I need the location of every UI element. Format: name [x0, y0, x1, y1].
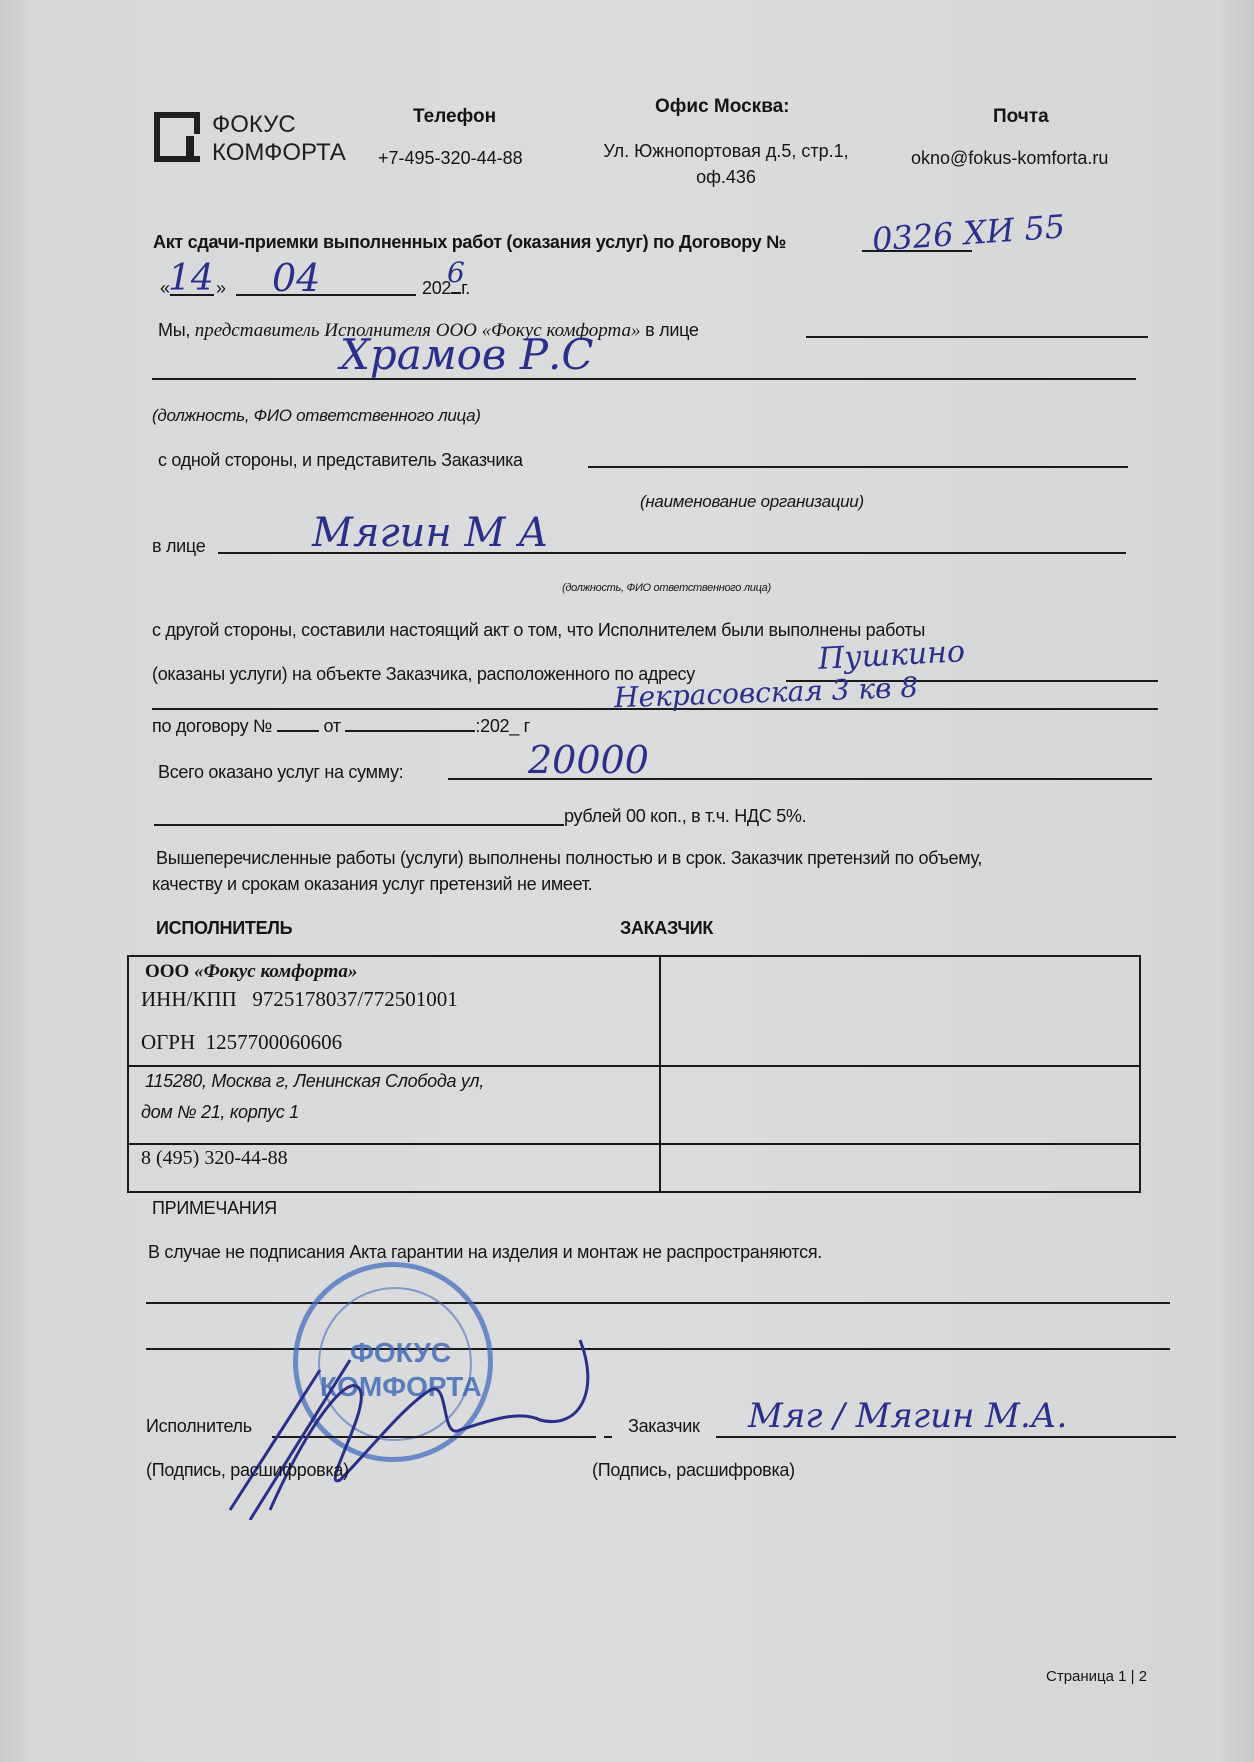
ogrn-value: 1257700060606 [206, 1030, 343, 1054]
table-row: ООО «Фокус комфорта» ИНН/КПП 9725178037/… [128, 956, 1140, 1066]
customer-in-person-label: в лице [152, 536, 205, 557]
sum-words-line [154, 824, 564, 826]
rubles-suffix: рублей 00 коп., в т.ч. НДС 5%. [564, 806, 806, 827]
executor-org-cell: ООО «Фокус комфорта» ИНН/КПП 9725178037/… [128, 956, 660, 1066]
contract-year: :202_ г [475, 716, 530, 736]
notes-text: В случае не подписания Акта гарантии на … [148, 1242, 822, 1263]
executor-phone: 8 (495) 320-44-88 [141, 1147, 659, 1170]
ogrn-row: ОГРН 1257700060606 [141, 1030, 659, 1055]
statement-line1: Вышеперечисленные работы (услуги) выполн… [156, 848, 982, 869]
body-line1: с другой стороны, составили настоящий ак… [152, 620, 925, 641]
contract-line: по договору № от :202_ г [152, 716, 530, 737]
inn-value: 9725178037/772501001 [252, 987, 457, 1011]
date-close-quote: » [216, 278, 226, 299]
table-row: 8 (495) 320-44-88 [128, 1144, 1140, 1192]
inn-label: ИНН/КПП [141, 987, 237, 1011]
customer-sign-label: Заказчик [628, 1416, 700, 1437]
executor-rep-hint: (должность, ФИО ответственного лица) [152, 406, 481, 426]
executor-rep-line-1 [806, 336, 1148, 338]
page-number: Страница 1 | 2 [1046, 1668, 1147, 1685]
logo-bar [186, 136, 194, 158]
org-name: «Фокус комфорта» [194, 961, 357, 982]
notes-heading: ПРИМЕЧАНИЯ [152, 1198, 277, 1219]
ogrn-label: ОГРН [141, 1030, 195, 1054]
contract-prefix: по договору № [152, 716, 272, 736]
table-row: 115280, Москва г, Ленинская Слобода ул, … [128, 1066, 1140, 1144]
year-blank [451, 292, 461, 294]
mail-value[interactable]: okno@fokus-komforta.ru [911, 148, 1108, 169]
executor-heading: ИСПОЛНИТЕЛЬ [156, 918, 292, 939]
address-handwritten-1: Пушкино [817, 634, 966, 677]
customer-address-cell [660, 1066, 1140, 1144]
in-person-label: в лице [640, 320, 698, 340]
requisites-table: ООО «Фокус комфорта» ИНН/КПП 9725178037/… [127, 955, 1141, 1193]
executor-sign-hint: (Подпись, расшифровка) [146, 1460, 349, 1481]
customer-phone-cell [660, 1144, 1140, 1192]
executor-org: ООО «Фокус комфорта» [145, 961, 659, 983]
act-title: Акт сдачи-приемки выполненных работ (ока… [153, 232, 786, 253]
logo-line2: КОМФОРТА [212, 140, 346, 166]
contract-from: от [323, 716, 340, 736]
sum-handwritten: 20000 [528, 738, 649, 782]
office-address-line2: оф.436 [586, 164, 866, 190]
sum-label: Всего оказано услуг на сумму: [158, 762, 403, 783]
customer-phrase: с одной стороны, и представитель Заказчи… [158, 450, 523, 471]
contract-no-blank [277, 730, 319, 732]
contract-number-handwritten: 0326 ХИ 55 [871, 207, 1066, 258]
notes-line-1 [146, 1302, 1170, 1304]
customer-org-cell [660, 956, 1140, 1066]
office-label: Офис Москва: [655, 96, 790, 118]
office-address: Ул. Южнопортовая д.5, стр.1, оф.436 [586, 138, 866, 190]
year-suffix-handwritten: 6 [447, 256, 465, 289]
customer-heading: ЗАКАЗЧИК [620, 918, 713, 939]
inn-row: ИНН/КПП 9725178037/772501001 [141, 987, 659, 1012]
customer-org-hint: (наименование организации) [640, 492, 864, 512]
executor-phone-cell: 8 (495) 320-44-88 [128, 1144, 660, 1192]
day-handwritten: 14 [168, 258, 214, 299]
customer-rep-hint: (должность, ФИО ответственного лица) [562, 582, 771, 594]
address-line1: 115280, Москва г, Ленинская Слобода ул, [145, 1071, 659, 1092]
executor-signature-scribble [200, 1330, 620, 1520]
customer-rep-handwritten: Мягин М А [312, 510, 548, 556]
contract-date-blank [345, 730, 475, 732]
customer-signature-handwritten: Мяг / Мягин М.А. [748, 1396, 1067, 1436]
month-line [236, 294, 416, 296]
office-address-line1: Ул. Южнопортовая д.5, стр.1, [586, 138, 866, 164]
executor-address-cell: 115280, Москва г, Ленинская Слобода ул, … [128, 1066, 660, 1144]
address-line2: дом № 21, корпус 1 [141, 1102, 659, 1123]
phone-label: Телефон [413, 106, 496, 128]
org-prefix: ООО [145, 961, 194, 982]
customer-org-line [588, 466, 1128, 468]
mail-label: Почта [993, 106, 1049, 128]
customer-sign-hint: (Подпись, расшифровка) [592, 1460, 795, 1481]
logo-line1: ФОКУС [212, 112, 296, 138]
customer-sign-line[interactable] [716, 1436, 1176, 1438]
month-handwritten: 04 [272, 256, 320, 300]
executor-rep-line-2 [152, 378, 1136, 380]
statement-line2: качеству и срокам оказания услуг претенз… [152, 874, 592, 895]
executor-rep-handwritten: Храмов Р.С [340, 330, 593, 379]
we-prefix: Мы, [158, 320, 195, 340]
phone-value[interactable]: +7-495-320-44-88 [378, 148, 523, 169]
